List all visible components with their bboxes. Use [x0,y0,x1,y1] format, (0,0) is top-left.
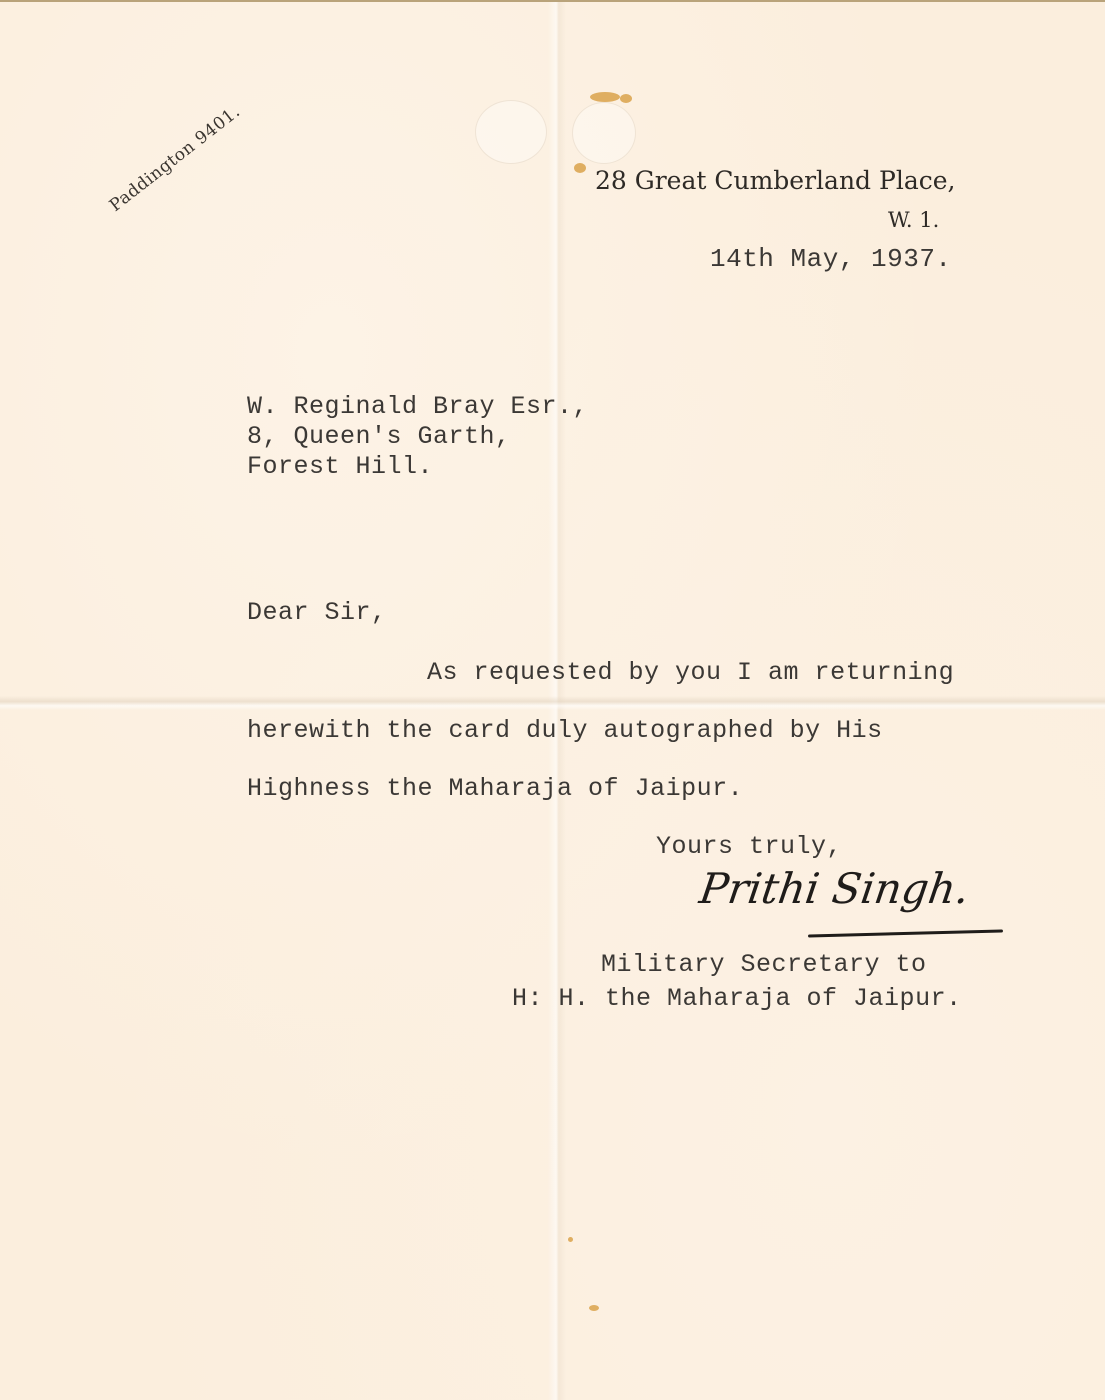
letterhead-address-line1: 28 Great Cumberland Place, [595,166,955,195]
embossed-mark-left [475,100,547,164]
recipient-locality: Forest Hill. [247,452,433,481]
letter-date: 14th May, 1937. [710,244,952,274]
closing: Yours truly, [656,832,842,861]
body-line-3: Highness the Maharaja of Jaipur. [247,774,743,803]
horizontal-fold-crease [0,696,1105,710]
rust-stain-top-small [620,94,632,103]
recipient-name: W. Reginald Bray Esr., [247,392,588,421]
signatory-title-line2: H: H. the Maharaja of Jaipur. [512,984,962,1013]
rust-stain-bottom [589,1305,599,1311]
letterhead-telephone: Paddington 9401. [106,102,244,216]
body-line-2: herewith the card duly autographed by Hi… [247,716,883,745]
recipient-street: 8, Queen's Garth, [247,422,511,451]
embossed-mark-right [572,102,636,164]
salutation: Dear Sir, [247,598,387,627]
signature-underline [808,929,1003,937]
letterhead-address-line2: W. 1. [888,208,939,232]
body-line-1: As requested by you I am returning [427,658,954,687]
rust-stain-top [590,92,620,102]
handwritten-signature: Prithi Singh. [697,864,973,913]
rust-stain-address [574,163,586,173]
letter-paper: Paddington 9401. 28 Great Cumberland Pla… [0,0,1105,1400]
rust-stain-bottom-dot [568,1237,573,1242]
signatory-title-line1: Military Secretary to [601,950,927,979]
